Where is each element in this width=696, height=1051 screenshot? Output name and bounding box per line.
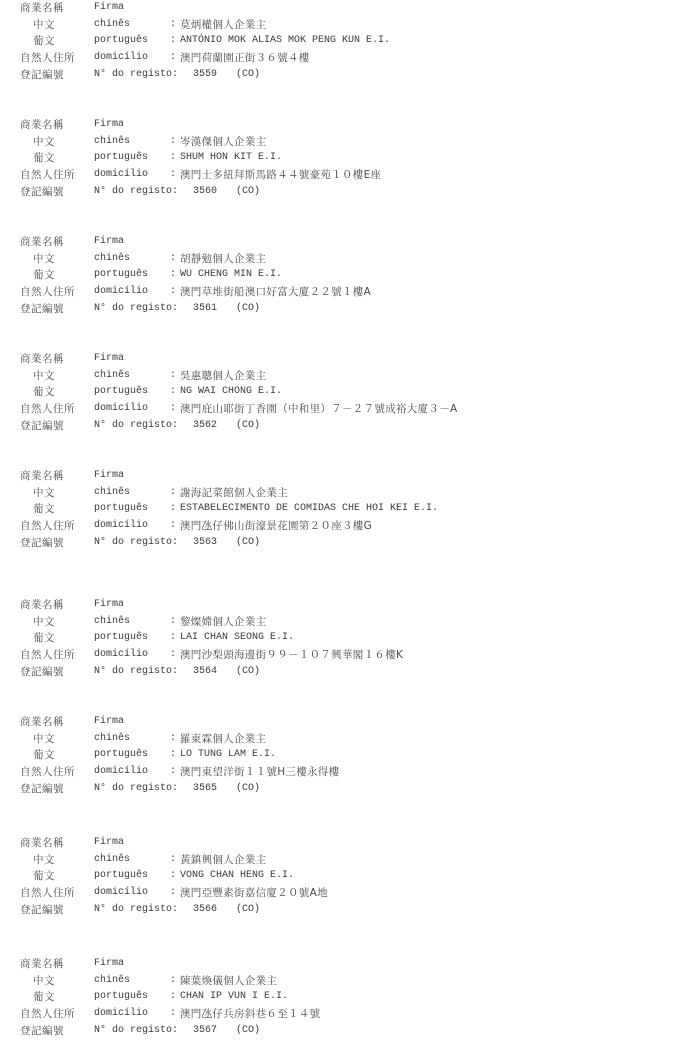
colon: : (170, 630, 176, 647)
portuguese-label-cn: 葡文 (33, 150, 55, 167)
colon: : (170, 885, 176, 902)
registration-label-pt: N° do registo: (94, 664, 178, 681)
registry-record: 商業名稱 Firma 中文 chinês : 吳惠聰個人企業主 葡文 portu… (20, 351, 690, 434)
chinese-name-value: 黃鎮興個人企業主 (180, 852, 266, 869)
domicile-label-pt: domicílio (94, 284, 148, 301)
firm-header-line: 商業名稱 Firma (20, 117, 690, 134)
chinese-label-pt: chinês (94, 134, 130, 151)
domicile-label-cn: 自然人住所 (20, 885, 75, 902)
portuguese-label-pt: português (94, 501, 148, 518)
registration-number: 3565 (193, 781, 217, 798)
firm-label-pt: Firma (94, 234, 124, 251)
domicile-label-cn: 自然人住所 (20, 401, 75, 418)
domicile-label-cn: 自然人住所 (20, 764, 75, 781)
chinese-name-value: 黎燦嫦個人企業主 (180, 614, 266, 631)
registration-label-pt: N° do registo: (94, 1023, 178, 1040)
colon: : (170, 973, 176, 990)
colon: : (170, 384, 176, 401)
portuguese-label-cn: 葡文 (33, 501, 55, 518)
colon: : (170, 1006, 176, 1023)
firm-label-cn: 商業名稱 (20, 234, 64, 251)
registration-suffix: (CO) (236, 1023, 260, 1040)
registration-label-cn: 登記編號 (20, 664, 64, 681)
portuguese-name-value: VONG CHAN HENG E.I. (180, 868, 294, 885)
chinese-label-cn: 中文 (33, 134, 55, 151)
domicile-value: 澳門氹仔兵房斜巷６至１４號 (180, 1006, 320, 1023)
portuguese-label-pt: português (94, 150, 148, 167)
portuguese-name-value: ANTÓNIO MOK ALIAS MOK PENG KUN E.I. (180, 33, 390, 50)
registration-number: 3560 (193, 184, 217, 201)
portuguese-name-value: CHAN IP VUN I E.I. (180, 989, 288, 1006)
domicile-label-pt: domicílio (94, 50, 148, 67)
colon: : (170, 33, 176, 50)
chinese-name-line: 中文 chinês : 黃鎮興個人企業主 (20, 852, 690, 869)
domicile-line: 自然人住所 domicílio : 澳門草堆街船澳口好富大廈２２號１樓A (20, 284, 690, 301)
firm-header-line: 商業名稱 Firma (20, 351, 690, 368)
colon: : (170, 17, 176, 34)
colon: : (170, 134, 176, 151)
portuguese-name-line: 葡文 português : CHAN IP VUN I E.I. (20, 989, 690, 1006)
registration-line: 登記編號 N° do registo: 3565 (CO) (20, 781, 690, 798)
registration-label-pt: N° do registo: (94, 418, 178, 435)
registry-record: 商業名稱 Firma 中文 chinês : 羅東霖個人企業主 葡文 portu… (20, 714, 690, 797)
registration-line: 登記編號 N° do registo: 3560 (CO) (20, 184, 690, 201)
chinese-label-cn: 中文 (33, 973, 55, 990)
portuguese-name-line: 葡文 português : LAI CHAN SEONG E.I. (20, 630, 690, 647)
registration-label-pt: N° do registo: (94, 781, 178, 798)
domicile-value: 澳門草堆街船澳口好富大廈２２號１樓A (180, 284, 371, 301)
colon: : (170, 852, 176, 869)
registration-label-pt: N° do registo: (94, 902, 178, 919)
portuguese-label-cn: 葡文 (33, 868, 55, 885)
chinese-label-pt: chinês (94, 485, 130, 502)
domicile-line: 自然人住所 domicílio : 澳門荷蘭園正街３６號４樓 (20, 50, 690, 67)
registration-number: 3562 (193, 418, 217, 435)
portuguese-label-cn: 葡文 (33, 989, 55, 1006)
portuguese-name-line: 葡文 português : SHUM HON KIT E.I. (20, 150, 690, 167)
domicile-label-pt: domicílio (94, 647, 148, 664)
domicile-value: 澳門氹仔佛山街濠景花園第２０座３樓G (180, 518, 372, 535)
portuguese-name-value: WU CHENG MIN E.I. (180, 267, 282, 284)
registration-number: 3564 (193, 664, 217, 681)
registration-label-cn: 登記編號 (20, 301, 64, 318)
registration-suffix: (CO) (236, 781, 260, 798)
colon: : (170, 368, 176, 385)
chinese-label-pt: chinês (94, 614, 130, 631)
domicile-label-pt: domicílio (94, 518, 148, 535)
domicile-value: 澳門東望洋街１１號H三樓永得樓 (180, 764, 339, 781)
registration-suffix: (CO) (236, 301, 260, 318)
domicile-label-pt: domicílio (94, 1006, 148, 1023)
chinese-name-line: 中文 chinês : 謝海記菜館個人企業主 (20, 485, 690, 502)
registration-label-pt: N° do registo: (94, 67, 178, 84)
registration-line: 登記編號 N° do registo: 3559 (CO) (20, 67, 690, 84)
portuguese-name-value: LAI CHAN SEONG E.I. (180, 630, 294, 647)
portuguese-label-pt: português (94, 868, 148, 885)
firm-label-pt: Firma (94, 597, 124, 614)
firm-label-pt: Firma (94, 0, 124, 17)
domicile-line: 自然人住所 domicílio : 澳門亞豐素街嘉信廈２０號A地 (20, 885, 690, 902)
registration-number: 3567 (193, 1023, 217, 1040)
portuguese-name-value: LO TUNG LAM E.I. (180, 747, 276, 764)
firm-label-cn: 商業名稱 (20, 0, 64, 17)
registration-line: 登記編號 N° do registo: 3564 (CO) (20, 664, 690, 681)
chinese-name-line: 中文 chinês : 吳惠聰個人企業主 (20, 368, 690, 385)
domicile-line: 自然人住所 domicílio : 澳門沙梨頭海邊街９９－１０７興華閣１６樓K (20, 647, 690, 664)
domicile-label-cn: 自然人住所 (20, 50, 75, 67)
registration-line: 登記編號 N° do registo: 3566 (CO) (20, 902, 690, 919)
domicile-line: 自然人住所 domicílio : 澳門庇山耶街丁香園（中和里）７－２７號成裕大… (20, 401, 690, 418)
domicile-label-pt: domicílio (94, 167, 148, 184)
colon: : (170, 747, 176, 764)
firm-label-pt: Firma (94, 117, 124, 134)
chinese-name-line: 中文 chinês : 陳葉煥儀個人企業主 (20, 973, 690, 990)
registration-label-cn: 登記編號 (20, 781, 64, 798)
chinese-name-value: 謝海記菜館個人企業主 (180, 485, 288, 502)
portuguese-name-line: 葡文 português : NG WAI CHONG E.I. (20, 384, 690, 401)
portuguese-label-pt: português (94, 989, 148, 1006)
colon: : (170, 485, 176, 502)
registration-label-pt: N° do registo: (94, 184, 178, 201)
registration-number: 3559 (193, 67, 217, 84)
chinese-label-cn: 中文 (33, 614, 55, 631)
chinese-label-pt: chinês (94, 251, 130, 268)
chinese-label-cn: 中文 (33, 251, 55, 268)
portuguese-name-line: 葡文 português : LO TUNG LAM E.I. (20, 747, 690, 764)
registry-record: 商業名稱 Firma 中文 chinês : 黎燦嫦個人企業主 葡文 portu… (20, 597, 690, 680)
portuguese-name-line: 葡文 português : WU CHENG MIN E.I. (20, 267, 690, 284)
chinese-label-pt: chinês (94, 17, 130, 34)
colon: : (170, 401, 176, 418)
registration-number: 3563 (193, 535, 217, 552)
chinese-name-value: 胡靜勉個人企業主 (180, 251, 266, 268)
chinese-label-pt: chinês (94, 973, 130, 990)
registration-label-cn: 登記編號 (20, 184, 64, 201)
firm-label-cn: 商業名稱 (20, 956, 64, 973)
colon: : (170, 989, 176, 1006)
chinese-label-cn: 中文 (33, 485, 55, 502)
firm-header-line: 商業名稱 Firma (20, 597, 690, 614)
registration-number: 3561 (193, 301, 217, 318)
portuguese-label-pt: português (94, 267, 148, 284)
registration-label-cn: 登記編號 (20, 67, 64, 84)
firm-label-cn: 商業名稱 (20, 351, 64, 368)
colon: : (170, 501, 176, 518)
domicile-value: 澳門庇山耶街丁香園（中和里）７－２７號成裕大廈３－A (180, 401, 457, 418)
firm-label-pt: Firma (94, 351, 124, 368)
portuguese-label-pt: português (94, 384, 148, 401)
domicile-value: 澳門士多紐拜斯馬路４４號豪苑１０樓E座 (180, 167, 381, 184)
domicile-line: 自然人住所 domicílio : 澳門氹仔兵房斜巷６至１４號 (20, 1006, 690, 1023)
portuguese-name-line: 葡文 português : VONG CHAN HENG E.I. (20, 868, 690, 885)
domicile-value: 澳門荷蘭園正街３６號４樓 (180, 50, 310, 67)
registry-record: 商業名稱 Firma 中文 chinês : 岑漢傑個人企業主 葡文 portu… (20, 117, 690, 200)
registration-suffix: (CO) (236, 664, 260, 681)
chinese-label-pt: chinês (94, 852, 130, 869)
colon: : (170, 614, 176, 631)
firm-header-line: 商業名稱 Firma (20, 956, 690, 973)
domicile-value: 澳門亞豐素街嘉信廈２０號A地 (180, 885, 328, 902)
chinese-name-value: 莫炳權個人企業主 (180, 17, 266, 34)
chinese-label-cn: 中文 (33, 731, 55, 748)
colon: : (170, 167, 176, 184)
colon: : (170, 150, 176, 167)
chinese-name-line: 中文 chinês : 羅東霖個人企業主 (20, 731, 690, 748)
domicile-label-cn: 自然人住所 (20, 284, 75, 301)
colon: : (170, 284, 176, 301)
domicile-label-cn: 自然人住所 (20, 647, 75, 664)
portuguese-label-cn: 葡文 (33, 630, 55, 647)
registration-suffix: (CO) (236, 67, 260, 84)
chinese-label-cn: 中文 (33, 17, 55, 34)
chinese-name-line: 中文 chinês : 岑漢傑個人企業主 (20, 134, 690, 151)
colon: : (170, 518, 176, 535)
domicile-label-cn: 自然人住所 (20, 518, 75, 535)
registration-suffix: (CO) (236, 535, 260, 552)
firm-label-pt: Firma (94, 956, 124, 973)
registry-record: 商業名稱 Firma 中文 chinês : 謝海記菜館個人企業主 葡文 por… (20, 468, 690, 551)
domicile-line: 自然人住所 domicílio : 澳門士多紐拜斯馬路４４號豪苑１０樓E座 (20, 167, 690, 184)
domicile-line: 自然人住所 domicílio : 澳門氹仔佛山街濠景花園第２０座３樓G (20, 518, 690, 535)
registration-suffix: (CO) (236, 184, 260, 201)
domicile-label-cn: 自然人住所 (20, 167, 75, 184)
firm-header-line: 商業名稱 Firma (20, 835, 690, 852)
firm-header-line: 商業名稱 Firma (20, 714, 690, 731)
registration-line: 登記編號 N° do registo: 3562 (CO) (20, 418, 690, 435)
chinese-name-value: 陳葉煥儀個人企業主 (180, 973, 277, 990)
chinese-name-line: 中文 chinês : 胡靜勉個人企業主 (20, 251, 690, 268)
firm-label-pt: Firma (94, 835, 124, 852)
colon: : (170, 267, 176, 284)
firm-header-line: 商業名稱 Firma (20, 234, 690, 251)
domicile-label-pt: domicílio (94, 401, 148, 418)
colon: : (170, 647, 176, 664)
registry-record: 商業名稱 Firma 中文 chinês : 莫炳權個人企業主 葡文 portu… (20, 0, 690, 83)
firm-header-line: 商業名稱 Firma (20, 468, 690, 485)
portuguese-label-cn: 葡文 (33, 33, 55, 50)
chinese-label-cn: 中文 (33, 368, 55, 385)
portuguese-label-pt: português (94, 630, 148, 647)
firm-label-cn: 商業名稱 (20, 835, 64, 852)
colon: : (170, 868, 176, 885)
portuguese-label-pt: português (94, 33, 148, 50)
registry-record: 商業名稱 Firma 中文 chinês : 胡靜勉個人企業主 葡文 portu… (20, 234, 690, 317)
portuguese-label-cn: 葡文 (33, 747, 55, 764)
chinese-name-value: 吳惠聰個人企業主 (180, 368, 266, 385)
domicile-label-pt: domicílio (94, 764, 148, 781)
portuguese-name-value: ESTABELECIMENTO DE COMIDAS CHE HOI KEI E… (180, 501, 438, 518)
firm-label-cn: 商業名稱 (20, 714, 64, 731)
firm-label-pt: Firma (94, 714, 124, 731)
portuguese-label-cn: 葡文 (33, 267, 55, 284)
chinese-name-value: 羅東霖個人企業主 (180, 731, 266, 748)
domicile-line: 自然人住所 domicílio : 澳門東望洋街１１號H三樓永得樓 (20, 764, 690, 781)
registration-line: 登記編號 N° do registo: 3567 (CO) (20, 1023, 690, 1040)
chinese-label-pt: chinês (94, 368, 130, 385)
colon: : (170, 251, 176, 268)
chinese-name-line: 中文 chinês : 莫炳權個人企業主 (20, 17, 690, 34)
firm-label-cn: 商業名稱 (20, 468, 64, 485)
portuguese-label-pt: português (94, 747, 148, 764)
registry-record: 商業名稱 Firma 中文 chinês : 黃鎮興個人企業主 葡文 portu… (20, 835, 690, 918)
firm-header-line: 商業名稱 Firma (20, 0, 690, 17)
registration-label-cn: 登記編號 (20, 418, 64, 435)
registration-line: 登記編號 N° do registo: 3563 (CO) (20, 535, 690, 552)
domicile-label-cn: 自然人住所 (20, 1006, 75, 1023)
colon: : (170, 764, 176, 781)
colon: : (170, 50, 176, 67)
chinese-name-line: 中文 chinês : 黎燦嫦個人企業主 (20, 614, 690, 631)
portuguese-name-value: NG WAI CHONG E.I. (180, 384, 282, 401)
portuguese-name-value: SHUM HON KIT E.I. (180, 150, 282, 167)
registration-suffix: (CO) (236, 902, 260, 919)
registration-label-cn: 登記編號 (20, 1023, 64, 1040)
firm-label-pt: Firma (94, 468, 124, 485)
portuguese-name-line: 葡文 português : ESTABELECIMENTO DE COMIDA… (20, 501, 690, 518)
portuguese-name-line: 葡文 português : ANTÓNIO MOK ALIAS MOK PEN… (20, 33, 690, 50)
domicile-value: 澳門沙梨頭海邊街９９－１０７興華閣１６樓K (180, 647, 403, 664)
registration-line: 登記編號 N° do registo: 3561 (CO) (20, 301, 690, 318)
portuguese-label-cn: 葡文 (33, 384, 55, 401)
registration-label-cn: 登記編號 (20, 535, 64, 552)
registry-record: 商業名稱 Firma 中文 chinês : 陳葉煥儀個人企業主 葡文 port… (20, 956, 690, 1039)
registration-number: 3566 (193, 902, 217, 919)
chinese-label-pt: chinês (94, 731, 130, 748)
chinese-label-cn: 中文 (33, 852, 55, 869)
colon: : (170, 731, 176, 748)
registration-label-pt: N° do registo: (94, 535, 178, 552)
domicile-label-pt: domicílio (94, 885, 148, 902)
chinese-name-value: 岑漢傑個人企業主 (180, 134, 266, 151)
registration-suffix: (CO) (236, 418, 260, 435)
firm-label-cn: 商業名稱 (20, 117, 64, 134)
firm-label-cn: 商業名稱 (20, 597, 64, 614)
registration-label-cn: 登記編號 (20, 902, 64, 919)
registration-label-pt: N° do registo: (94, 301, 178, 318)
